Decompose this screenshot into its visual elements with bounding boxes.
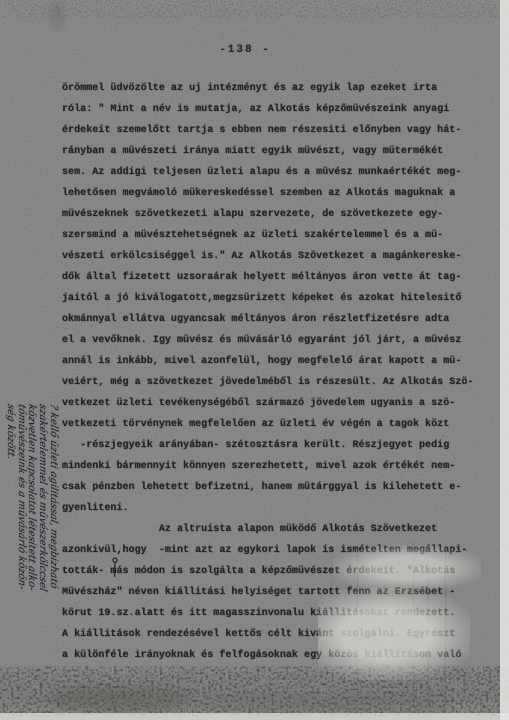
handwritten-margin-note: ? kellő üzleti agilitással, megbizhatósz… bbox=[4, 404, 58, 700]
text-line: csak pénzben lehetett befizetni, hanem m… bbox=[62, 477, 474, 498]
text-line: jaitól a jó kiválogatott,megzsürizett ké… bbox=[62, 288, 474, 309]
text-line: szersmind a müvésztehetségnek az üzleti … bbox=[62, 225, 474, 246]
text-line: veiért, még a szövetkezet jövedelméből i… bbox=[62, 372, 474, 393]
margin-note-line: tóművészeink és a müvásárló közön- bbox=[15, 403, 26, 701]
crease-line bbox=[428, 553, 429, 703]
bottom-shade bbox=[0, 664, 509, 716]
text-line: -részjegyeik arányában- szétosztásra ker… bbox=[62, 435, 474, 456]
text-line: mindenki bármennyit könnyen szerezhetett… bbox=[62, 456, 474, 477]
bottom-dark-blotch bbox=[48, 686, 192, 712]
margin-note-line: szakértelemmel és müvészerkölccsel bbox=[36, 403, 47, 701]
margin-note-line: közvetlen kapcsolatot létesitett alko- bbox=[26, 403, 37, 701]
text-line: dők által fizetett uzsoraárak helyett mé… bbox=[62, 267, 474, 288]
scan-right-edge bbox=[500, 0, 509, 720]
page-number: -138 - bbox=[0, 43, 490, 57]
scanned-page: -138 - örömmel üdvözölte az uj intézmény… bbox=[0, 0, 509, 720]
top-shade bbox=[0, 0, 509, 20]
margin-note-line: ség között. bbox=[4, 403, 15, 701]
text-line: rányban a müvészeti iránya miatt egyik m… bbox=[62, 141, 474, 162]
text-line: sem. Az addigi teljesen üzleti alapu és … bbox=[62, 162, 474, 183]
bottom-dark-blotch-2 bbox=[190, 693, 450, 713]
crease-line bbox=[413, 543, 414, 705]
text-line: müvészeknek szövetkezeti alapu szervezet… bbox=[62, 204, 474, 225]
text-line: vetkezeti törvénynek megfelelően az üzle… bbox=[62, 414, 474, 435]
margin-note-line: ? kellő üzleti agilitással, megbizható bbox=[47, 403, 58, 701]
text-line: el a vevőknek. Igy müvész és müvásárló e… bbox=[62, 330, 474, 351]
text-line: annál is inkább, mivel azonfelül, hogy m… bbox=[62, 351, 474, 372]
bottom-speckle-fine bbox=[0, 672, 509, 716]
text-line: gyenliteni. bbox=[62, 498, 474, 519]
bottom-speckle-coarse bbox=[0, 666, 509, 716]
text-line: róla: " Mint a név is mutatja, az Alkotá… bbox=[62, 99, 474, 120]
text-line: okmánnyal ellátva ugyancsak méltányos ár… bbox=[62, 309, 474, 330]
top-smudge bbox=[50, 0, 64, 28]
crease-line bbox=[445, 548, 446, 705]
text-line: vészeti erkölcsiséggel is." Az Alkotás S… bbox=[62, 246, 474, 267]
text-line: érdekeit szemelőtt tartja s ebben nem ré… bbox=[62, 120, 474, 141]
text-line: Az altruista alapon müködő Alkotás Szöve… bbox=[62, 519, 474, 540]
text-line: lehetősen megvámoló mükereskedéssel szem… bbox=[62, 183, 474, 204]
top-speckle-band bbox=[0, 0, 509, 18]
text-line: vetkezet üzleti tevékenységéből származó… bbox=[62, 393, 474, 414]
bottom-paper-edge bbox=[0, 713, 509, 720]
text-line: örömmel üdvözölte az uj intézményt és az… bbox=[62, 78, 474, 99]
insertion-caret-mark bbox=[109, 555, 121, 579]
crease-line bbox=[357, 548, 358, 700]
